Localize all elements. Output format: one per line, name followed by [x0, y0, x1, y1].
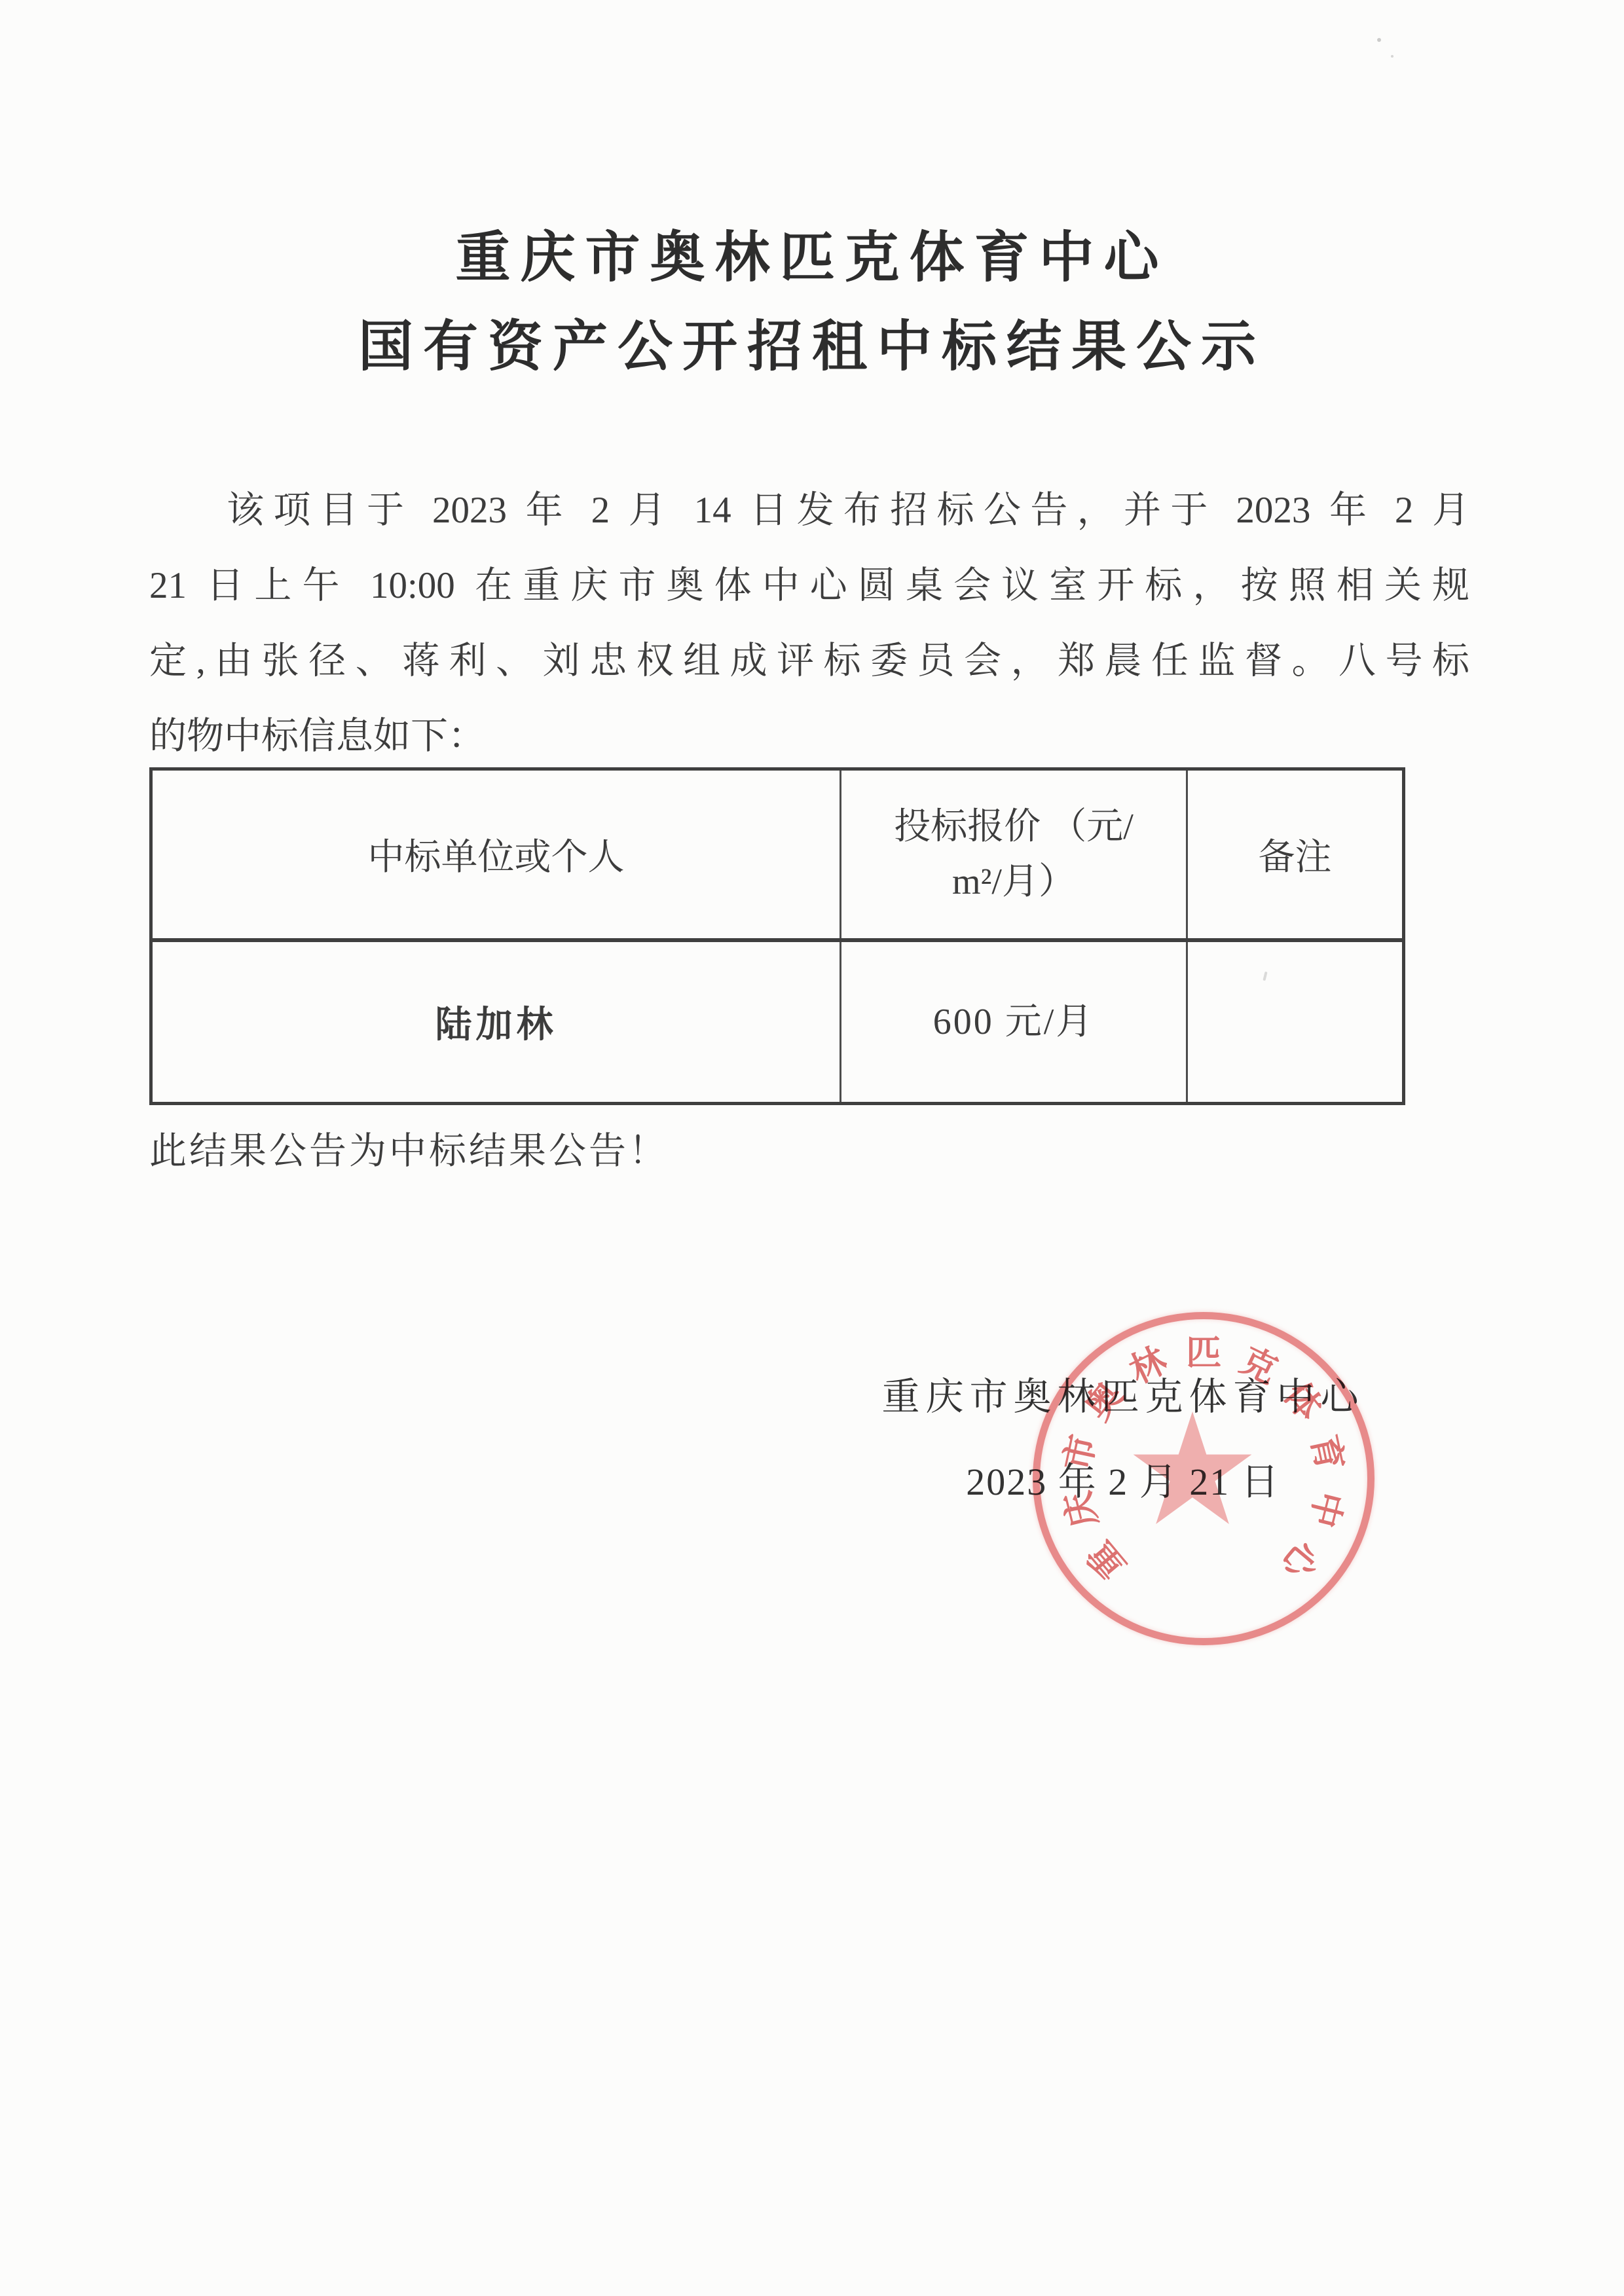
- document-title-line-1: 重庆市奥林匹克体育中心: [0, 213, 1624, 293]
- header-winner: 中标单位或个人: [151, 769, 841, 941]
- table-header-row: 中标单位或个人 投标报价 （元/ m²/月） 备注: [151, 769, 1404, 941]
- body-paragraph: 该项目于 2023 年 2 月 14 日发布招标公告，并于 2023 年 2 月…: [149, 473, 1469, 774]
- cell-price: 600 元/月: [841, 940, 1187, 1104]
- document-title-line-2: 国有资产公开招租中标结果公示: [0, 302, 1624, 382]
- table-row: 陆加林 600 元/月: [151, 940, 1404, 1104]
- paragraph-line: 21 日上午 10:00 在重庆市奥体中心圆桌会议室开标，按照相关规: [149, 548, 1469, 623]
- scanned-document-page: 重庆市奥林匹克体育中心 国有资产公开招租中标结果公示 该项目于 2023 年 2…: [0, 0, 1624, 2296]
- seal-char: 匹: [1186, 1324, 1221, 1375]
- header-price: 投标报价 （元/ m²/月）: [841, 769, 1187, 941]
- paragraph-line: 的物中标信息如下：: [149, 699, 1469, 774]
- header-winner-label: 中标单位或个人: [368, 837, 625, 878]
- header-price-line-2: m²/月）: [841, 854, 1186, 909]
- cell-remark: [1187, 940, 1404, 1104]
- header-remark-label: 备注: [1259, 837, 1332, 878]
- bid-result-table: 中标单位或个人 投标报价 （元/ m²/月） 备注 陆加林 600 元/月: [149, 767, 1405, 1105]
- scan-speck: [1391, 55, 1393, 58]
- closing-statement: 此结果公告为中标结果公告！: [149, 1121, 669, 1175]
- header-remark: 备注: [1187, 769, 1404, 941]
- scan-speck: [1377, 38, 1381, 42]
- header-price-line-1: 投标报价 （元/: [841, 799, 1186, 854]
- seal-star-icon: [1127, 1408, 1258, 1539]
- paragraph-line: 该项目于 2023 年 2 月 14 日发布招标公告，并于 2023 年 2 月: [149, 473, 1469, 548]
- cell-winner: 陆加林: [151, 940, 841, 1104]
- paragraph-line: 定,由张径、蒋利、刘忠权组成评标委员会，郑晨任监督。八号标: [149, 623, 1469, 699]
- official-seal-stamp: 重 庆 市 奥 林 匹 克 体 育 中 心: [1033, 1312, 1375, 1645]
